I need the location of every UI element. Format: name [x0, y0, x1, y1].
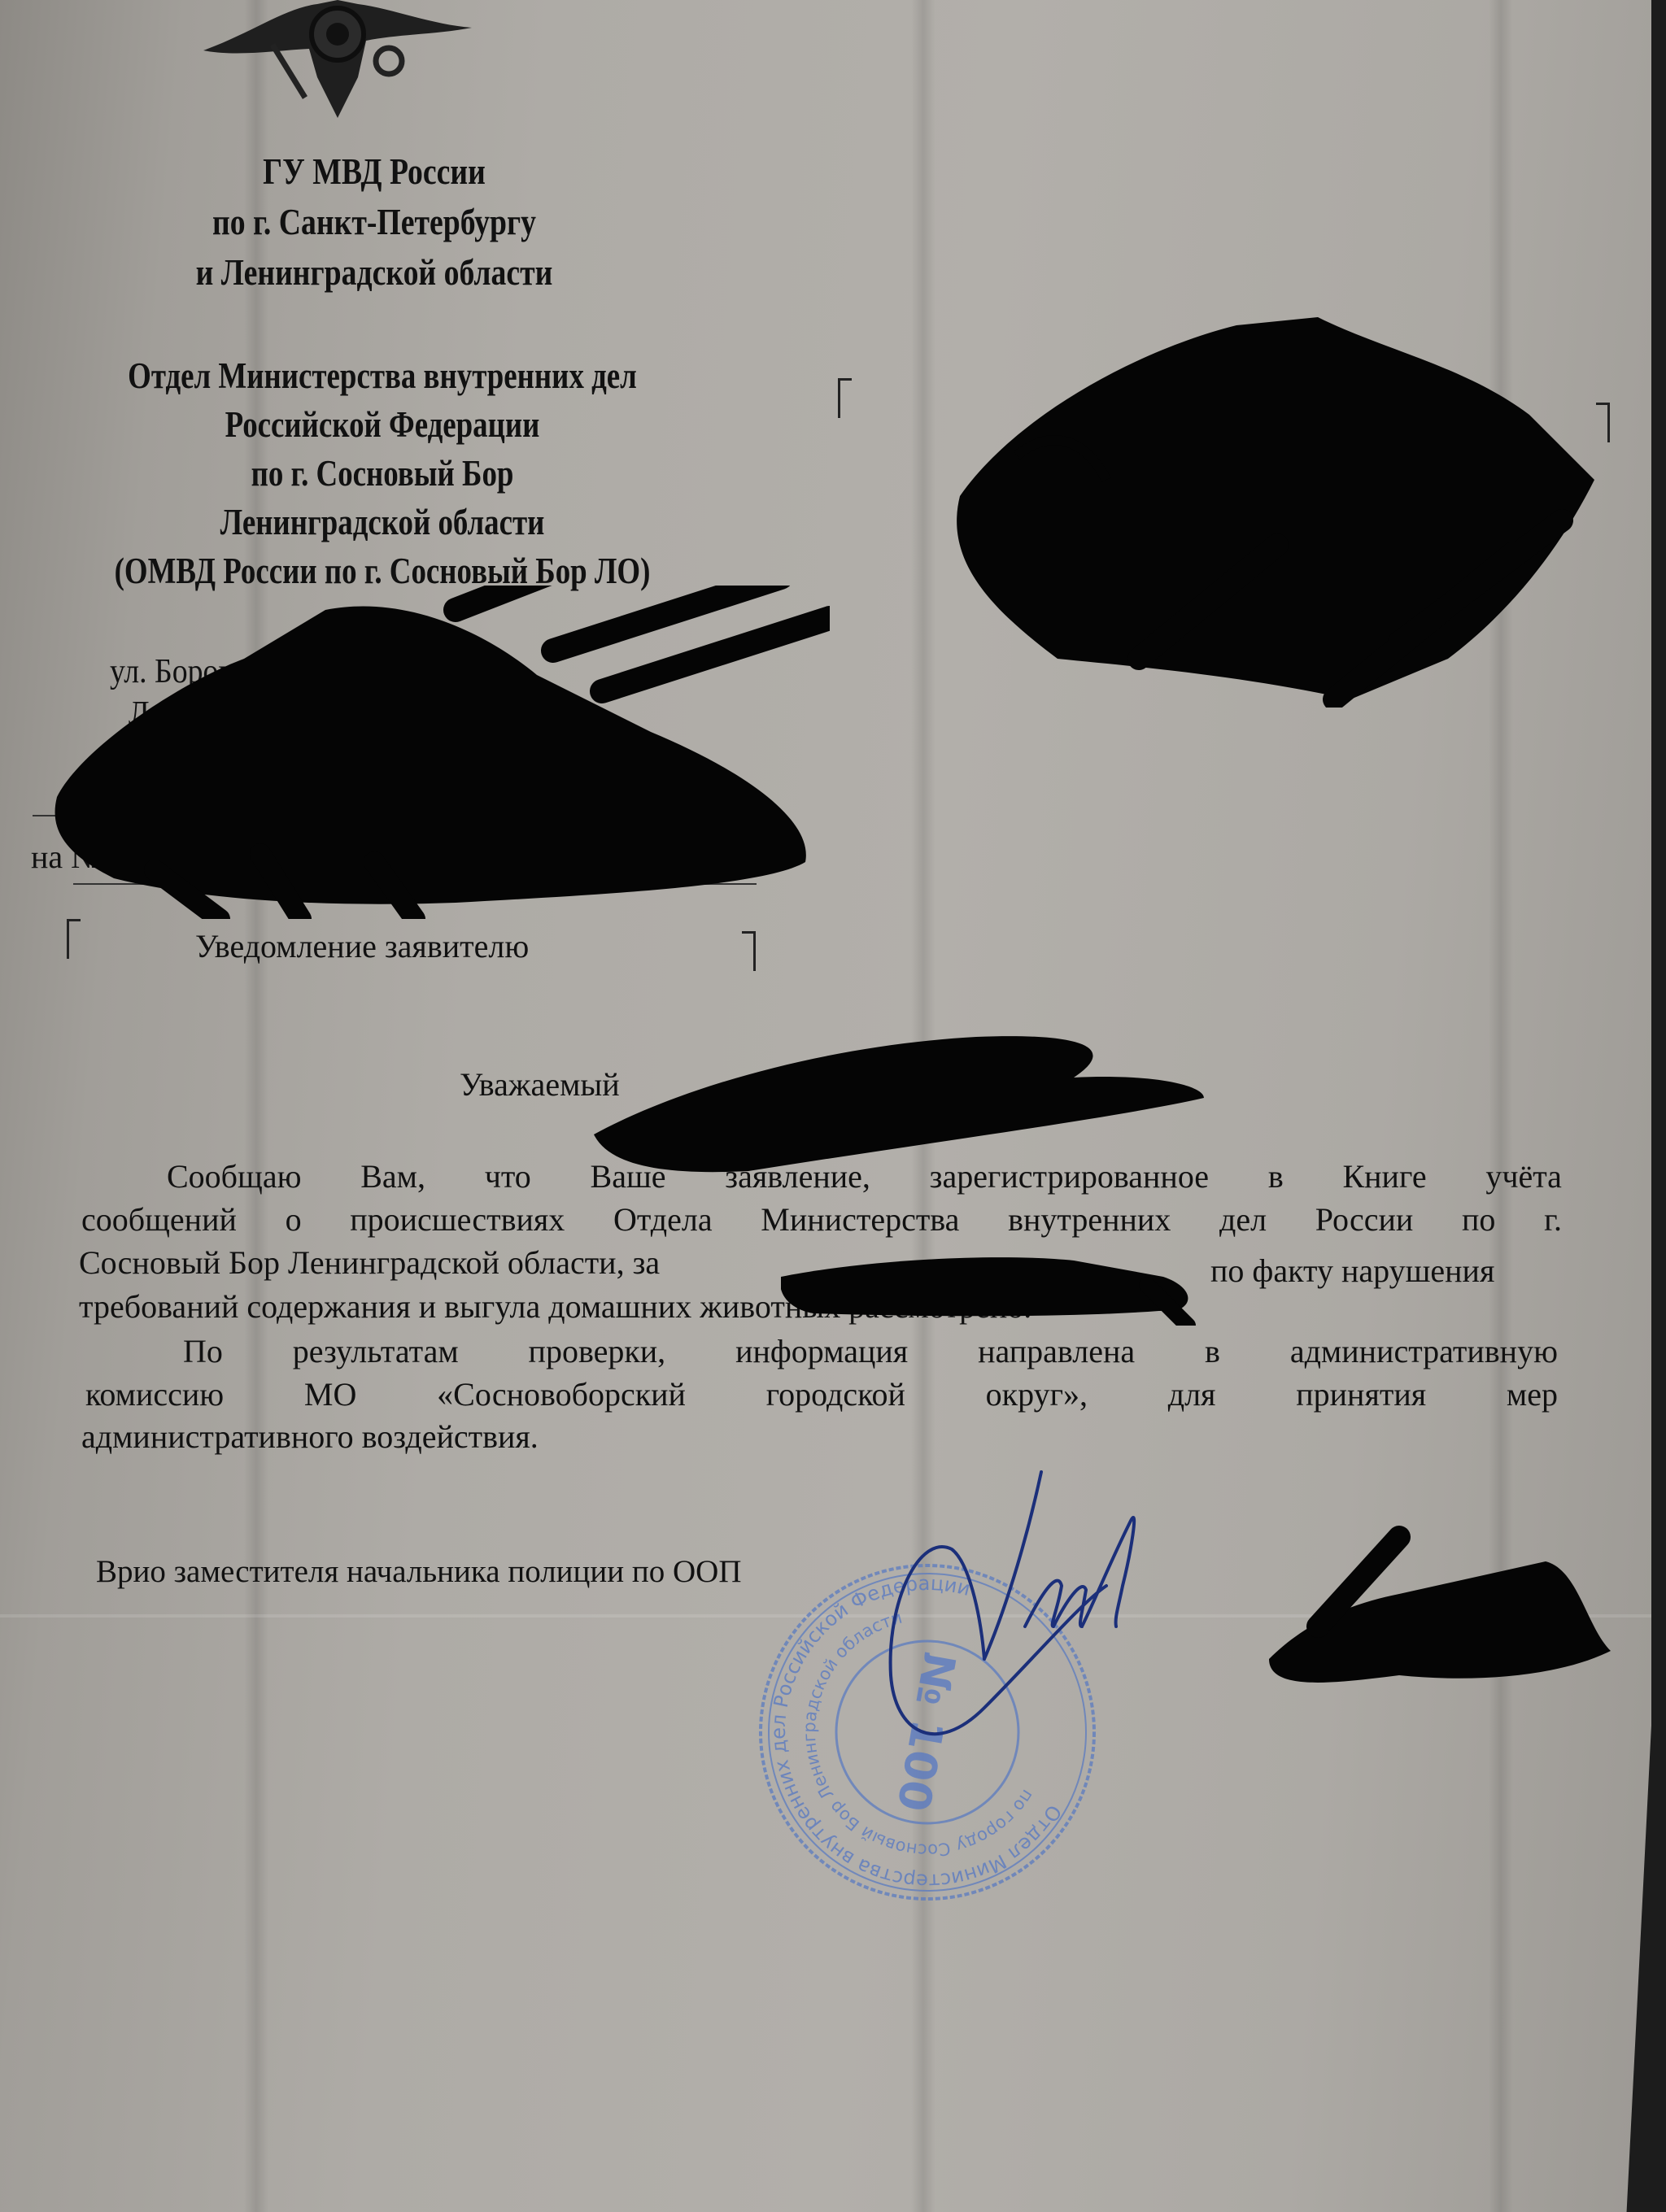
document-title: Уведомление заявителю [195, 927, 529, 965]
redaction-registration-number [781, 1244, 1204, 1326]
word: Вам, [360, 1155, 425, 1198]
header-line: и Ленинградской области [187, 247, 560, 298]
word: проверки, [529, 1330, 666, 1373]
word: результатам [293, 1330, 459, 1373]
word: «Сосновоборский [437, 1373, 686, 1416]
redaction-recipient-address [895, 317, 1611, 708]
word: в [1268, 1155, 1284, 1198]
word: внутренних [1008, 1198, 1171, 1241]
bracket-corner [838, 378, 852, 418]
word: о [286, 1198, 302, 1241]
word: округ», [986, 1373, 1088, 1416]
word: дел [1219, 1198, 1267, 1241]
word: сообщений [81, 1198, 237, 1241]
paragraph-1-line: Сосновый Бор Ленинградской области, за [79, 1241, 660, 1284]
word: для [1168, 1373, 1216, 1416]
bracket-corner [742, 931, 756, 971]
paragraph-2-line: По результатам проверки, информация напр… [183, 1330, 1558, 1373]
redaction-signatory-name [1236, 1504, 1627, 1692]
header-line: по г. Санкт-Петербургу [187, 197, 560, 247]
paragraph-1-line: сообщений о происшествиях Отдела Министе… [81, 1198, 1562, 1241]
word: принятия [1296, 1373, 1426, 1416]
redaction-recipient-name [586, 1029, 1236, 1183]
bracket-corner [67, 919, 81, 959]
word: учёта [1485, 1155, 1562, 1198]
document-page: ГУ МВД России по г. Санкт-Петербургу и Л… [0, 0, 1651, 2212]
header-line: Ленинградской области [69, 498, 696, 546]
paragraph-2-line: комиссию МО «Сосновоборский городской ок… [85, 1373, 1558, 1416]
header-line: Российской Федерации [69, 400, 696, 449]
paper-crease [244, 0, 268, 2212]
word: административную [1290, 1330, 1558, 1373]
paragraph-2-line: административного воздействия. [81, 1415, 539, 1458]
word: городской [766, 1373, 905, 1416]
word: мер [1507, 1373, 1558, 1416]
word: Министерства [761, 1198, 959, 1241]
word: что [485, 1155, 531, 1198]
signatory-position: Врио заместителя начальника полиции по О… [96, 1553, 742, 1590]
header-line: Отдел Министерства внутренних дел [69, 351, 696, 400]
word: происшествиях [350, 1198, 565, 1241]
word: Отдела [613, 1198, 713, 1241]
word: направлена [978, 1330, 1135, 1373]
word: информация [735, 1330, 908, 1373]
handwritten-signature-icon [887, 1464, 1228, 1773]
paragraph-1-line: по факту нарушения [1210, 1249, 1494, 1292]
word: По [183, 1330, 223, 1373]
header-line: по г. Сосновый Бор [69, 449, 696, 498]
mvd-eagle-emblem-icon [203, 0, 472, 122]
word: г. [1544, 1198, 1562, 1241]
word: по [1462, 1198, 1495, 1241]
word: МО [304, 1373, 356, 1416]
word: комиссию [85, 1373, 224, 1416]
header-ministry: ГУ МВД России по г. Санкт-Петербургу и Л… [187, 146, 560, 298]
word: Книге [1342, 1155, 1426, 1198]
header-department: Отдел Министерства внутренних дел Россий… [69, 351, 696, 595]
redaction-sender-address [33, 586, 830, 919]
word: Сообщаю [167, 1155, 301, 1198]
word: в [1205, 1330, 1220, 1373]
word: России [1315, 1198, 1414, 1241]
header-line: ГУ МВД России [187, 146, 560, 197]
